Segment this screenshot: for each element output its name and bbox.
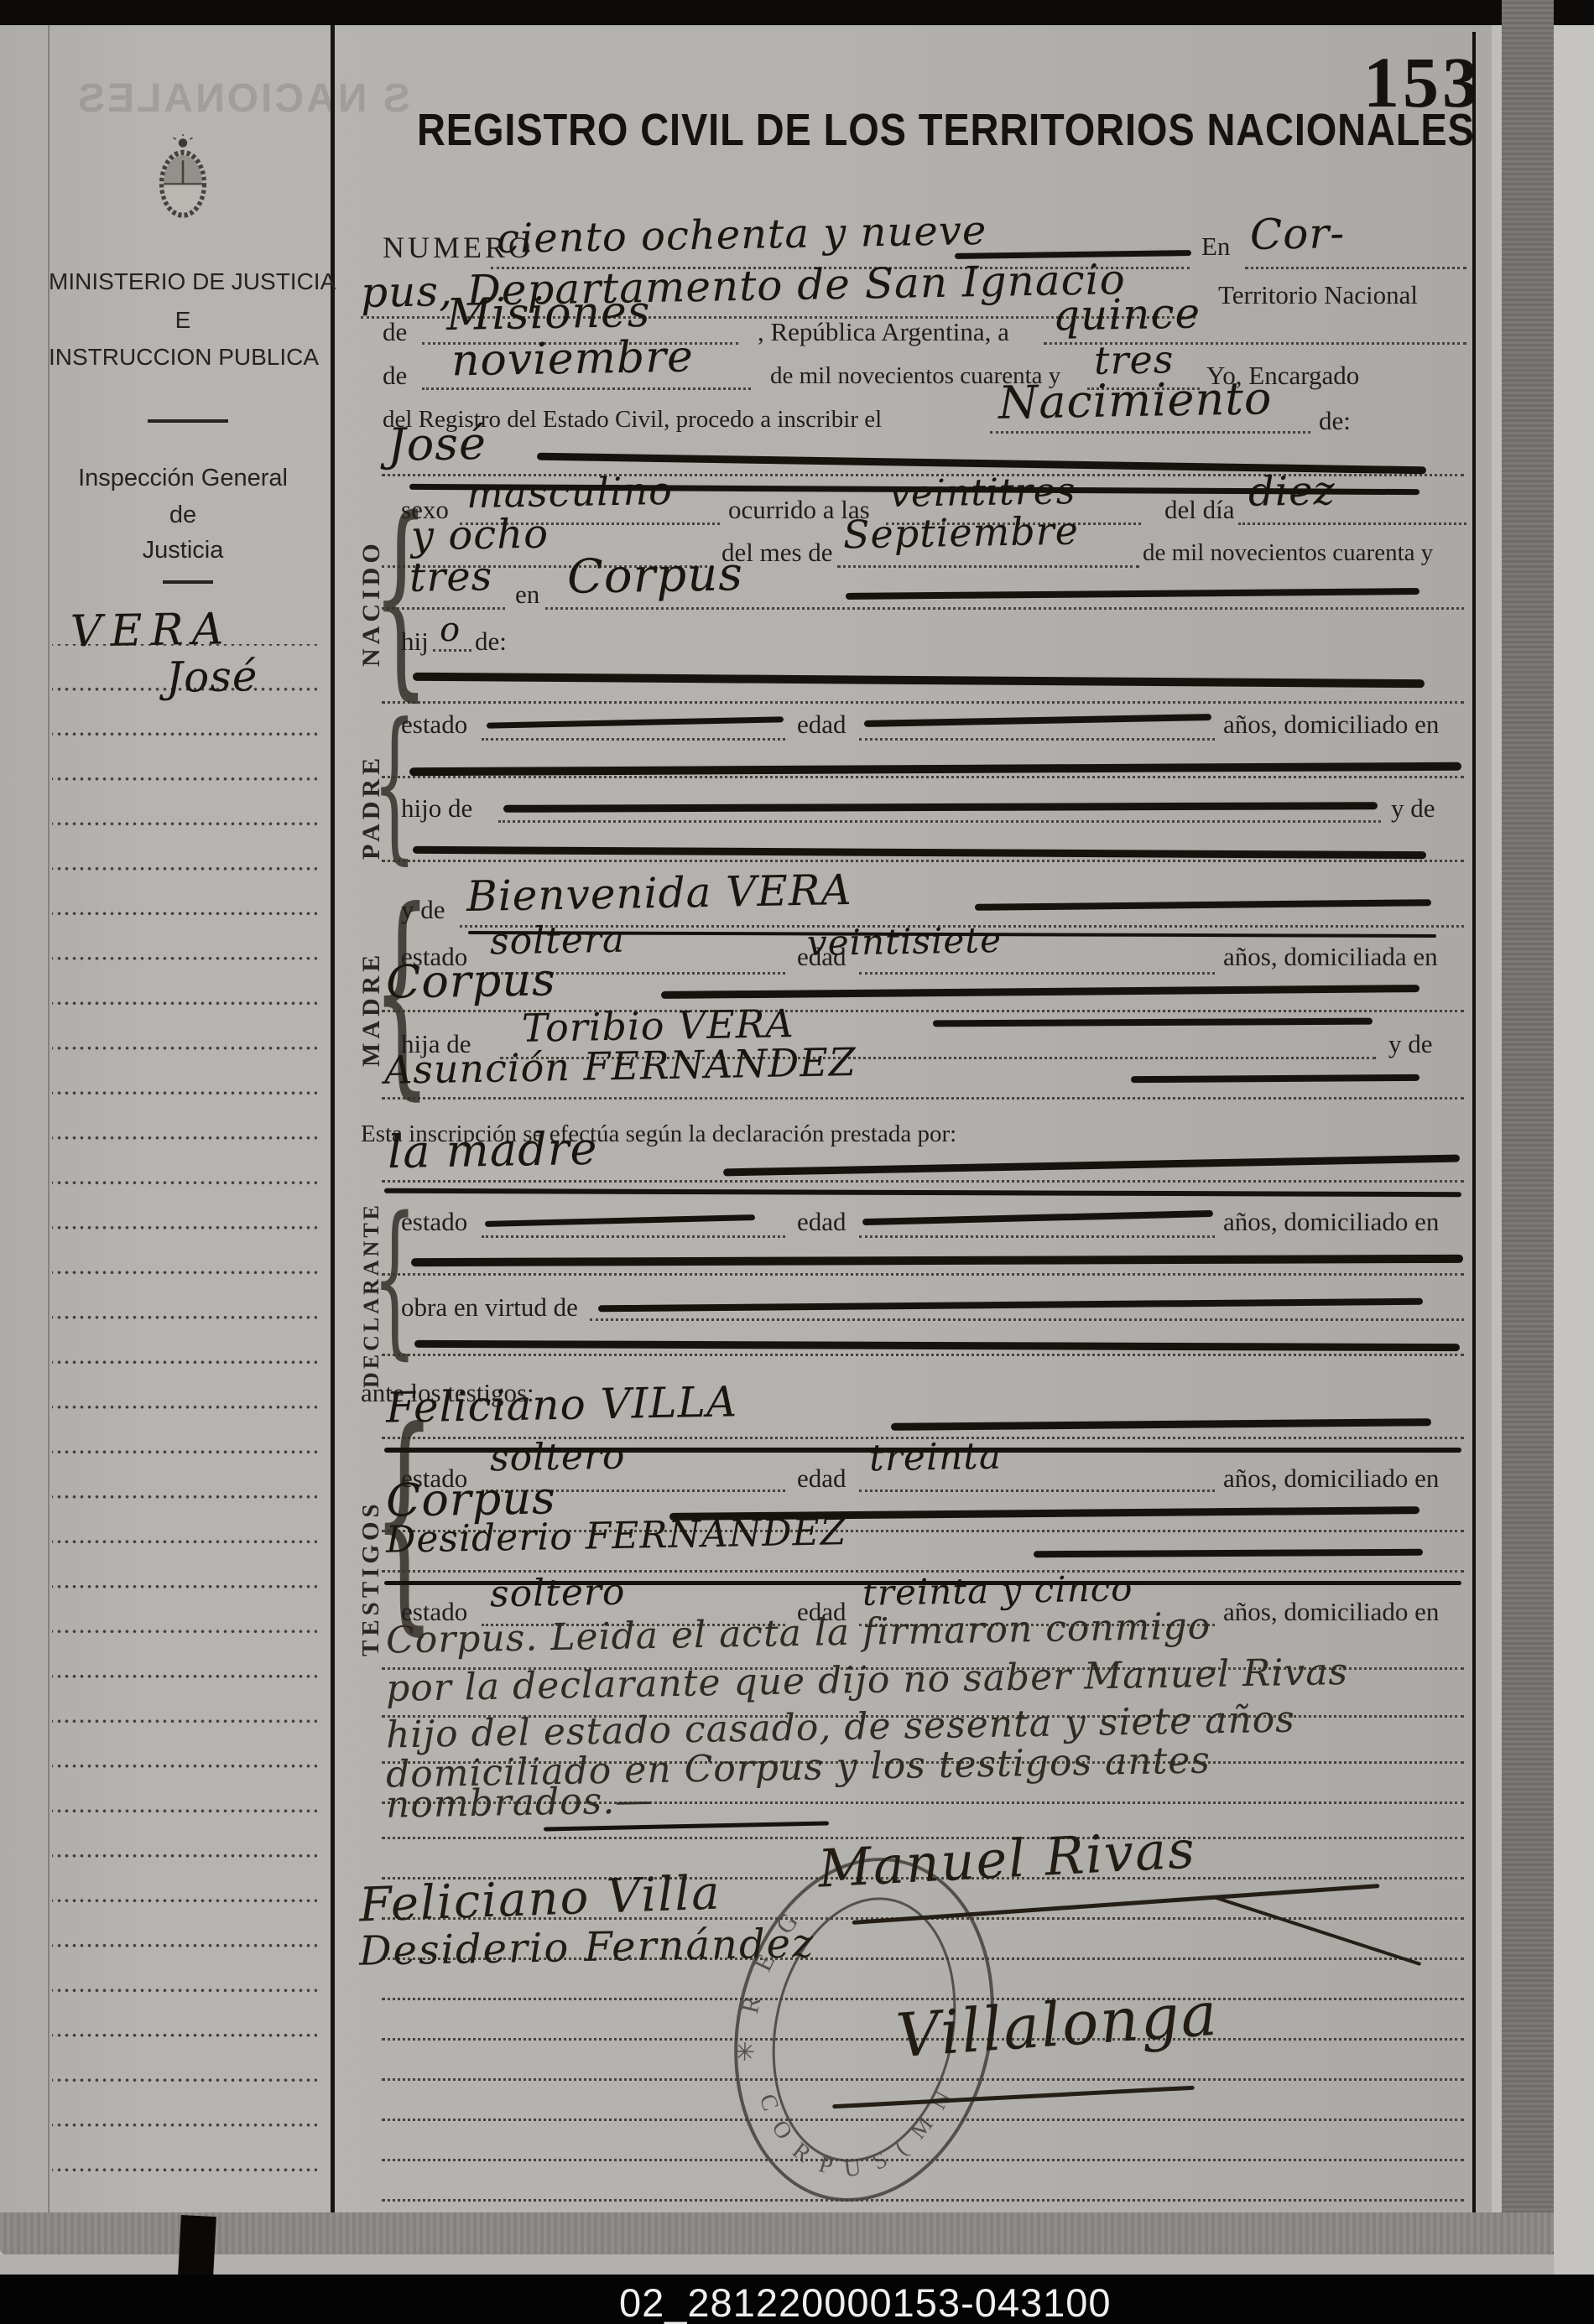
padre-edad-label: edad: [797, 710, 846, 740]
form-title: REGISTRO CIVIL DE LOS TERRITORIOS NACION…: [417, 104, 1475, 156]
margin-divider-line: [331, 25, 335, 2212]
ministry-line-3: INSTRUCCION PUBLICA: [49, 344, 317, 371]
numero-value: ciento ochenta y nueve: [497, 207, 987, 263]
dotted-rule: [382, 860, 1464, 862]
margin-ruled-dotted-lines: [52, 644, 317, 2206]
dotted-rule: [859, 1235, 1215, 1238]
dotted-rule: [382, 1180, 1464, 1183]
testigo1-edad-value: treinta: [869, 1435, 1003, 1480]
firma-testigo2: Desiderio Fernández: [359, 1920, 815, 1974]
pen-strike-stroke: [384, 1448, 1461, 1453]
padre-estado-label: estado: [401, 710, 467, 740]
madre-domicilio-label: años, domiciliada en: [1223, 942, 1438, 972]
testigo2-domicilio-label: años, domiciliado en: [1223, 1597, 1439, 1627]
scanned-civil-registry-page: S NACIONALES 02_281220000153-043100 MINI…: [0, 0, 1594, 2324]
inspection-line-3: Justicia: [49, 537, 317, 564]
scan-bottom-strip: [0, 2254, 1554, 2275]
dotted-rule: [433, 649, 471, 652]
en-lugar-label: en: [515, 580, 539, 610]
bleed-through-ghost-text: S NACIONALES: [76, 75, 410, 122]
declarante-edad-label: edad: [797, 1207, 846, 1237]
republica-label: , República Argentina, a: [758, 317, 1009, 347]
day-value: quince: [1053, 289, 1201, 340]
coat-of-arms: [156, 134, 210, 221]
inspection-line-2: de: [49, 502, 317, 529]
testigo1-nombre-value: Feliciano VILLA: [386, 1377, 738, 1432]
acta-type-value: Nacimiento: [998, 372, 1272, 429]
madre-y-de-label-2: y de: [1388, 1029, 1433, 1059]
page-right-edge-gap: [1492, 0, 1502, 2276]
lugar-value: Corpus: [566, 547, 743, 605]
territorio-label: Territorio Nacional: [1218, 280, 1418, 310]
book-cover-bottom-band: [0, 2212, 1554, 2254]
inspection-line-1: Inspección General: [49, 465, 317, 492]
padre-y-de-label: y de: [1391, 793, 1435, 824]
ministry-separator-rule: [148, 419, 228, 423]
margin-index-given-name: José: [166, 652, 258, 702]
dotted-rule: [1245, 267, 1466, 269]
section-label-padre: PADRE: [357, 754, 386, 860]
obra-label: obra en virtud de: [401, 1292, 578, 1323]
section-label-nacido: NACIDO: [357, 539, 386, 667]
dotted-rule: [422, 387, 751, 390]
page-edge-line: [1472, 32, 1476, 2212]
dotted-rule: [545, 607, 1464, 610]
scan-reference-label: 02_281220000153-043100: [619, 2280, 1112, 2324]
madre-nombre-value: Bienvenida VERA: [466, 866, 853, 921]
section-label-testigos: TESTIGOS: [357, 1500, 385, 1656]
madre-y-de-label: y de: [401, 895, 445, 925]
dotted-rule: [498, 820, 1381, 823]
madre-edad-value: veintisiete: [807, 919, 1003, 964]
dotted-rule: [859, 738, 1215, 741]
abuela-materna-value: Asunción FERNANDEZ: [384, 1039, 857, 1093]
sexo-value: masculino: [466, 468, 674, 517]
declarante-value: la madre: [387, 1122, 597, 1178]
section-label-madre: MADRE: [357, 951, 386, 1067]
en-label: En: [1201, 231, 1230, 262]
anio-prefix-label: de mil novecientos cuarenta y: [1143, 539, 1433, 567]
declarante-domicilio-label: años, domiciliado en: [1223, 1207, 1439, 1237]
de-label-2: de: [383, 361, 407, 391]
dotted-rule: [382, 776, 1464, 778]
dotted-rule: [382, 1097, 1464, 1100]
month-value: noviembre: [451, 331, 694, 386]
anio-value: tres: [409, 553, 493, 601]
dotted-rule: [859, 1490, 1215, 1492]
dotted-rule: [990, 431, 1310, 434]
place-value-start: Cor-: [1250, 209, 1346, 259]
dia-label: del día: [1164, 495, 1235, 525]
hijo-label-prefix: hij: [401, 626, 429, 657]
testigo1-domicilio-label: años, domiciliado en: [1223, 1464, 1439, 1494]
dotted-rule: [382, 701, 1464, 704]
testigo2-estado-value: soltero: [490, 1571, 626, 1616]
inscripto-name-value: José: [387, 417, 487, 471]
de-colon-label: de:: [1319, 406, 1351, 436]
binding-tab: [178, 2215, 216, 2277]
inspection-separator-rule: [163, 580, 213, 584]
dotted-rule: [482, 738, 785, 741]
testigo1-edad-label: edad: [797, 1464, 846, 1494]
madre-domicilio-value: Corpus: [385, 953, 556, 1009]
dotted-rule: [859, 972, 1215, 975]
dotted-rule: [482, 1235, 785, 1238]
mes-value: Septiembre: [843, 508, 1080, 558]
hijo-fill-value: o: [440, 611, 461, 649]
scan-top-band: [0, 0, 1594, 25]
declarante-estado-label: estado: [401, 1207, 467, 1237]
dotted-rule: [590, 1318, 1464, 1321]
padre-domicilio-label: años, domiciliado en: [1223, 710, 1439, 740]
book-cover-right-band: [1502, 0, 1554, 2276]
ministry-line-2: E: [49, 307, 317, 334]
hijo-de-colon-label: de:: [475, 626, 507, 657]
dotted-rule: [1238, 523, 1466, 525]
cierre-linea-5: nombrados.—: [386, 1779, 654, 1827]
dotted-rule: [382, 1354, 1464, 1356]
de-label-1: de: [383, 317, 407, 347]
pen-strike-stroke: [384, 1581, 1461, 1585]
dotted-rule: [837, 565, 1139, 568]
section-label-declarante: DECLARANTE: [359, 1202, 384, 1388]
margin-index-surname: VERA: [70, 604, 232, 657]
dotted-rule: [382, 1273, 1464, 1276]
padre-hijo-de-label: hijo de: [401, 793, 472, 824]
ministry-line-1: MINISTERIO DE JUSTICIA: [49, 268, 317, 295]
